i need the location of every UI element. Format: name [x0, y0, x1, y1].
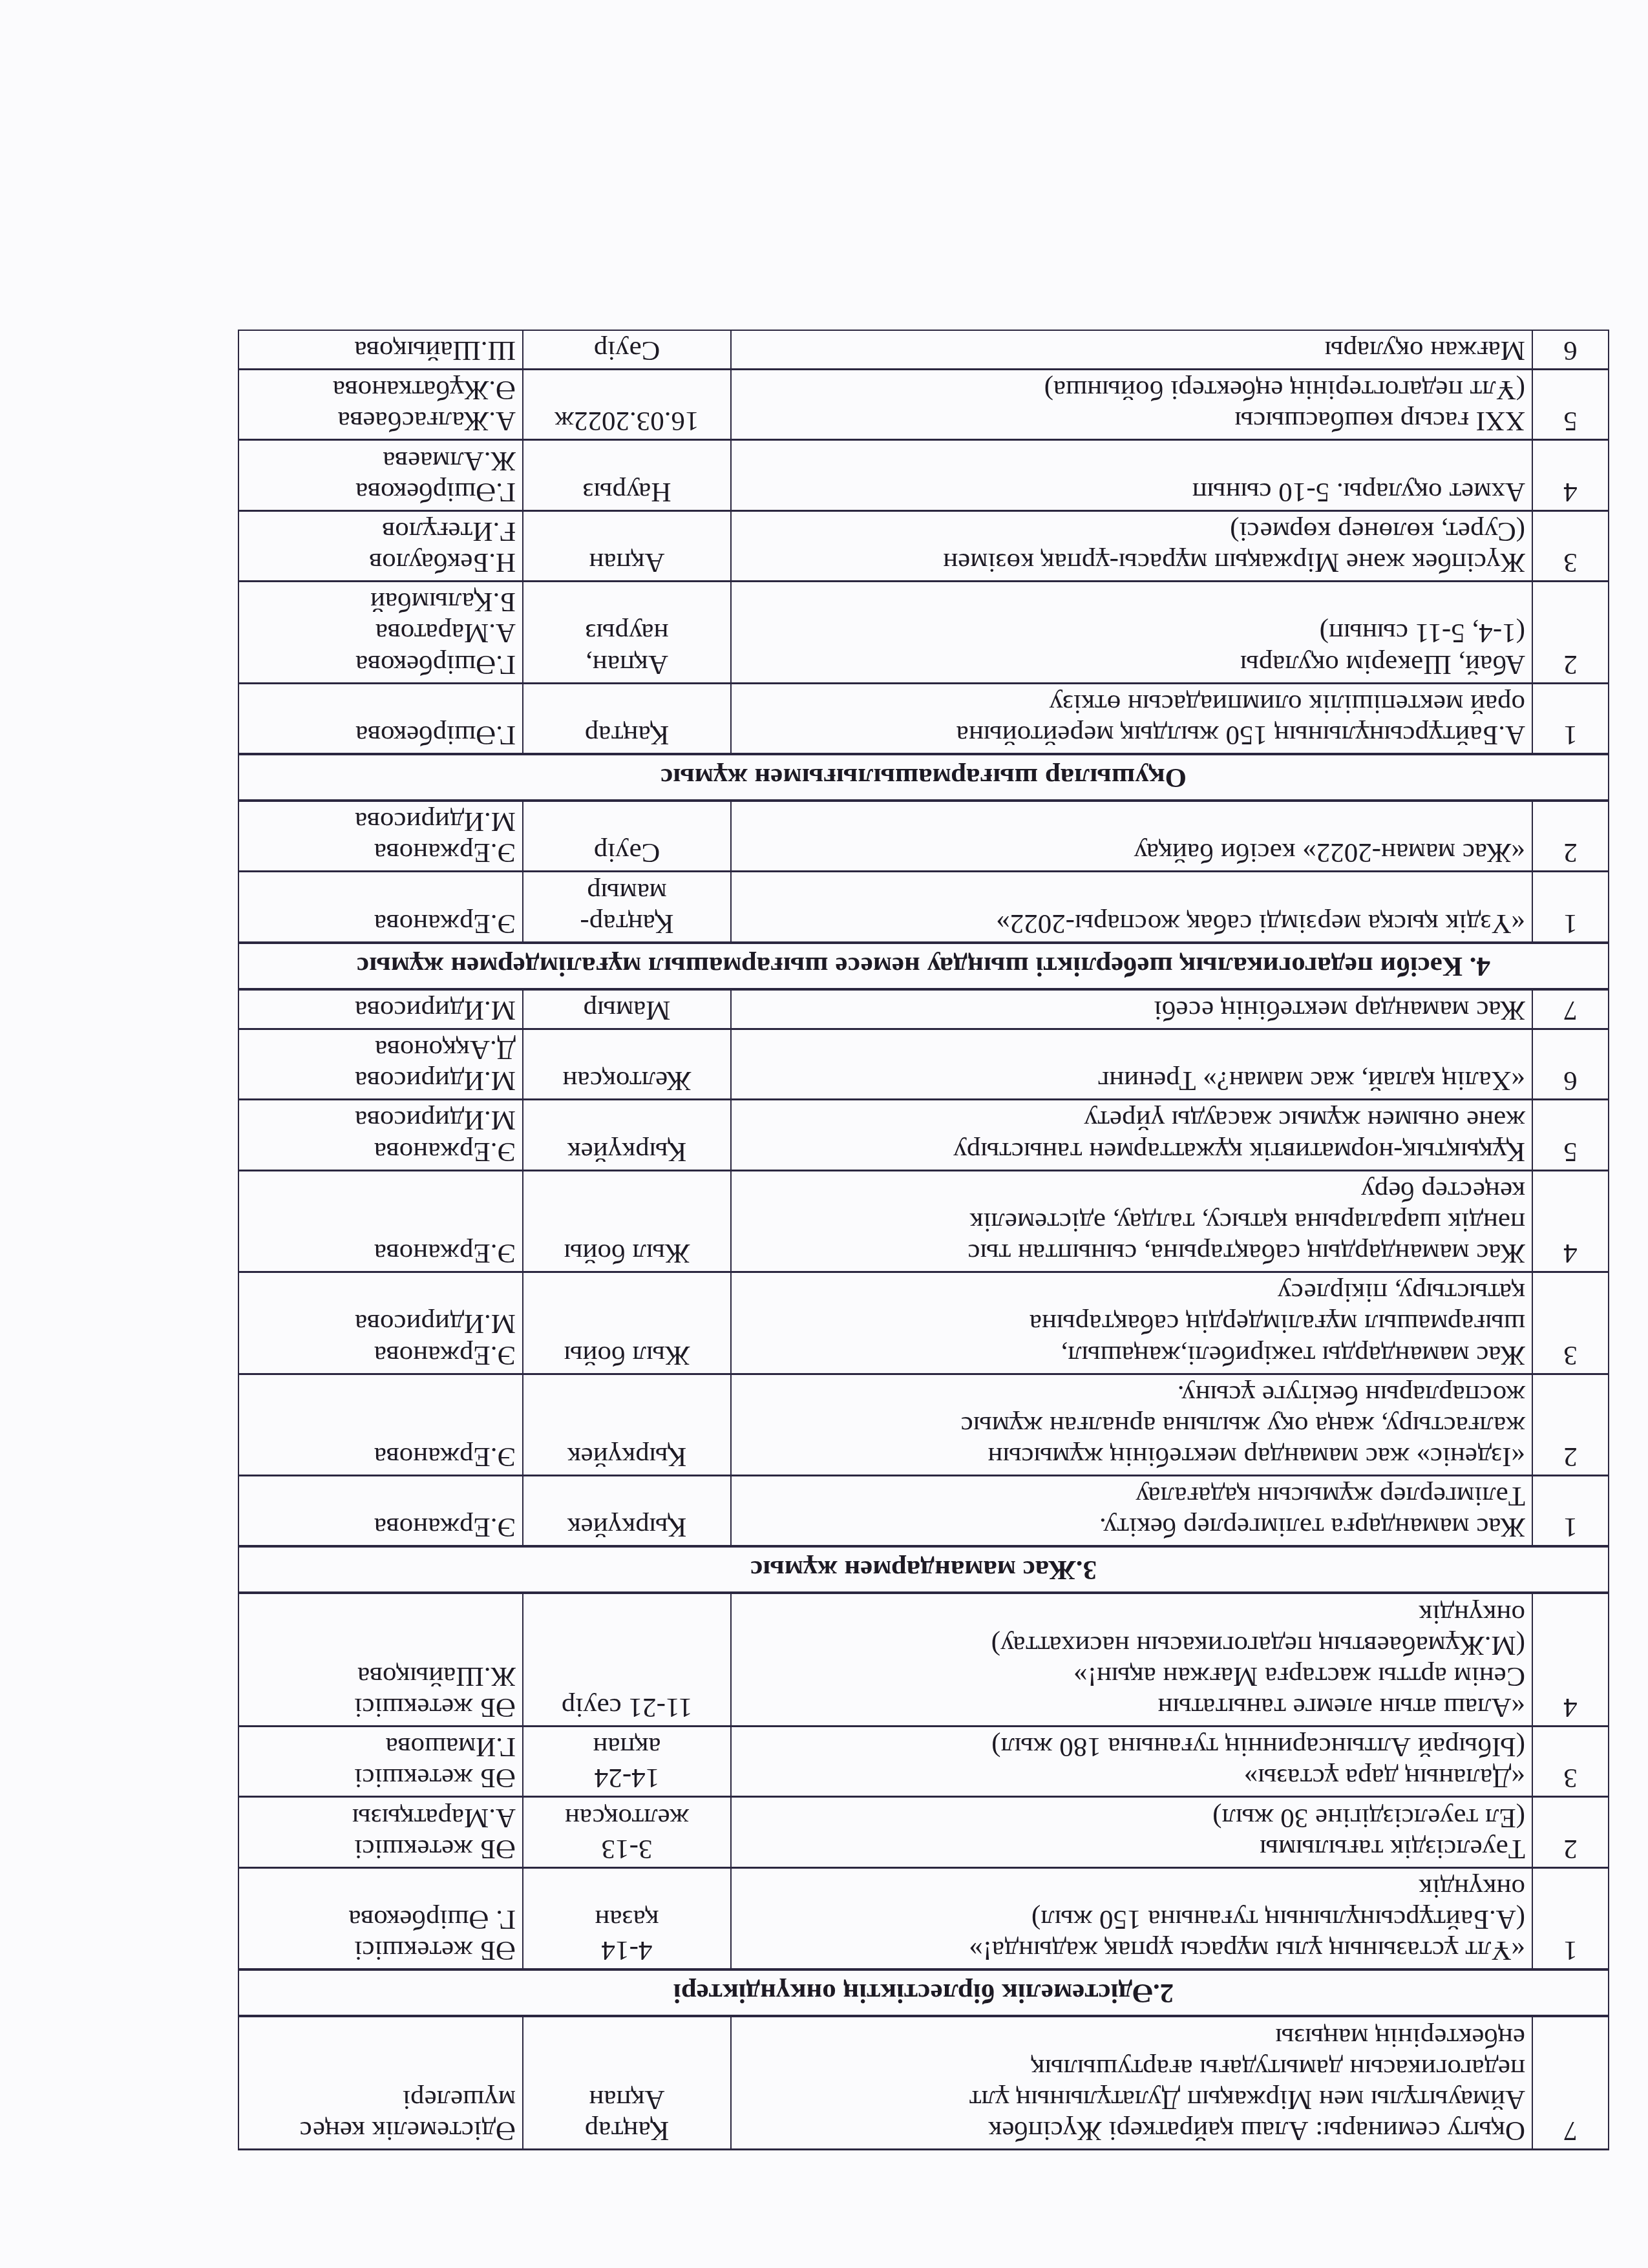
cell-line: Қаңтар: [530, 2115, 724, 2146]
cell-line: Тәлімгерлер жұмысын қадағалау: [738, 1480, 1525, 1511]
event-description: Жүсіпбек және Міржақып мұрасы-ұрпақ көзі…: [731, 510, 1532, 581]
cell-line: қазан: [530, 1904, 724, 1935]
event-description: «Алаш атын әлемге танытатынСенім артты ж…: [731, 1593, 1532, 1727]
event-description: XXI ғасыр көшбасшысы(Ұлт педагогтерінің …: [731, 370, 1532, 440]
table-row: 4Жас мамандардың сабақтарына, сыныптан т…: [238, 1170, 1609, 1272]
cell-line: Н.Бекбаулов: [246, 547, 516, 578]
cell-line: мүшелері: [246, 2084, 516, 2115]
cell-line: Э.Ержанова: [246, 837, 516, 868]
cell-line: Қыркүйек: [530, 1441, 724, 1472]
responsible-persons: М.ИдирисоваД.Аққонова: [238, 1029, 523, 1100]
responsible-persons: Г.ӘшірбековаЖ.Алмаева: [238, 440, 523, 510]
event-date: 3-13желтоқсан: [523, 1797, 731, 1867]
table-row: 5XXI ғасыр көшбасшысы(Ұлт педагогтерінің…: [238, 370, 1609, 440]
cell-line: (Ыбырай Алтынсариннің туғанына 180 жыл): [738, 1731, 1525, 1762]
cell-line: М.Идирисова: [246, 806, 516, 837]
event-date: Қыркүйек: [523, 1100, 731, 1170]
responsible-persons: ӘБ жетекшісіЖ.Шайықова: [238, 1593, 523, 1727]
responsible-persons: А.ЖалғасбаеваӘ.Жұбатканова: [238, 370, 523, 440]
cell-line: А.Жалғасбаева: [246, 405, 516, 436]
row-number: 1: [1532, 683, 1609, 754]
event-date: ҚаңтарАқпан: [523, 2016, 731, 2149]
cell-line: (Ел тәуелсіздігіне 30 жыл): [738, 1801, 1525, 1832]
cell-line: Мағжан оқулары: [738, 335, 1525, 366]
section-header-row: Оқушылар шығармашылығымен жұмыс: [238, 754, 1609, 801]
cell-line: «Халің қалай, жас маман?» Тренинг: [738, 1065, 1525, 1096]
event-date: Жыл бойы: [523, 1170, 731, 1272]
cell-line: онкүндік: [738, 1599, 1525, 1630]
cell-line: Ақпан,: [530, 648, 724, 679]
cell-line: Д.Аққонова: [246, 1034, 516, 1065]
cell-line: Желтоқсан: [530, 1065, 724, 1096]
cell-line: ӘБ жетекшісі: [246, 1692, 516, 1723]
cell-line: жоспарларын бекітуге ұсыну.: [738, 1379, 1525, 1410]
event-date: Мамыр: [523, 989, 731, 1029]
row-number: 6: [1532, 330, 1609, 370]
cell-line: желтоқсан: [530, 1801, 724, 1832]
event-date: 4-14қазан: [523, 1867, 731, 1969]
cell-line: 4-14: [530, 1935, 724, 1966]
row-number: 2: [1532, 801, 1609, 872]
responsible-persons: Әдістемелік кеңесмүшелері: [238, 2016, 523, 2149]
responsible-persons: Э.Ержанова: [238, 872, 523, 943]
cell-line: Қыркүйек: [530, 1135, 724, 1166]
cell-line: наурыз: [530, 617, 724, 648]
plan-table-body: 7Оқыту семинары: Алаш қайраткері Жүсіпбе…: [238, 330, 1609, 2149]
event-description: «Үздік қысқа мерзімді сабақ жоспары-2022…: [731, 872, 1532, 943]
responsible-persons: Г.Әшірбекова: [238, 683, 523, 754]
row-number: 3: [1532, 510, 1609, 581]
event-description: Жас мамандарды тәжірибелі,жаңашыл,шығарм…: [731, 1272, 1532, 1374]
event-description: А.Байтұрсынұлының 150 жылдық мерейтойына…: [731, 683, 1532, 754]
cell-line: 14-24: [530, 1762, 724, 1793]
cell-line: Жас мамандарға тәлімгерлер бекіту.: [738, 1511, 1525, 1542]
cell-line: А.Маратова: [246, 617, 516, 648]
table-row: 7Оқыту семинары: Алаш қайраткері Жүсіпбе…: [238, 2016, 1609, 2149]
table-row: 4Ахмет оқулары. 5-10 сыныпНаурызГ.Әшірбе…: [238, 440, 1609, 510]
cell-line: Сәуір: [530, 335, 724, 366]
table-row: 6Мағжан оқуларыСәуірШ.Шайықова: [238, 330, 1609, 370]
cell-line: Тәуелсіздік тағылымы: [738, 1833, 1525, 1864]
cell-line: және онымен жұмыс жасауды үйрету: [738, 1104, 1525, 1135]
cell-line: Г.Имашова: [246, 1731, 516, 1762]
responsible-persons: ӘБ жетекшісіГ. Әшірбекова: [238, 1867, 523, 1969]
responsible-persons: Э.ЕржановаМ.Идирисова: [238, 1100, 523, 1170]
event-date: Қыркүйек: [523, 1476, 731, 1547]
cell-line: Жас мамандарды тәжірибелі,жаңашыл,: [738, 1339, 1525, 1370]
plan-table: 7Оқыту семинары: Алаш қайраткері Жүсіпбе…: [238, 330, 1609, 2150]
cell-line: Жүсіпбек және Міржақып мұрасы-ұрпақ көзі…: [738, 547, 1525, 578]
cell-line: мамыр: [530, 876, 724, 907]
table-row: 1«Үздік қысқа мерзімді сабақ жоспары-202…: [238, 872, 1609, 943]
cell-line: Жас мамандардың сабақтарына, сыныптан ты…: [738, 1237, 1525, 1268]
cell-line: М.Идирисова: [246, 1308, 516, 1339]
cell-line: Г. Әшірбекова: [246, 1904, 516, 1935]
cell-line: орай мектепішілік олимпиадасын өткізу: [738, 688, 1525, 719]
cell-line: Әдістемелік кеңес: [246, 2115, 516, 2146]
row-number: 5: [1532, 370, 1609, 440]
cell-line: қатыстыру, пікірлесу: [738, 1277, 1525, 1308]
table-row: 2Тәуелсіздік тағылымы(Ел тәуелсіздігіне …: [238, 1797, 1609, 1867]
cell-line: XXI ғасыр көшбасшысы: [738, 405, 1525, 436]
section-header-row: 3.Жас мамандармен жұмыс: [238, 1546, 1609, 1593]
row-number: 1: [1532, 872, 1609, 943]
table-row: 1А.Байтұрсынұлының 150 жылдық мерейтойын…: [238, 683, 1609, 754]
table-row: 2Абай, Шәкәрім оқулары(1-4, 5-11 сынып)А…: [238, 582, 1609, 683]
responsible-persons: Г.ӘшірбековаА.МаратоваБ.Қалымбай: [238, 582, 523, 683]
row-number: 2: [1532, 582, 1609, 683]
scanned-page-rotated: 7Оқыту семинары: Алаш қайраткері Жүсіпбе…: [0, 0, 1648, 2268]
cell-line: Сенім артты жастарға Мағжан ақын!»: [738, 1661, 1525, 1692]
cell-line: Жас мамандар мектебінің есебі: [738, 994, 1525, 1025]
cell-line: А.Маратқызы: [246, 1801, 516, 1832]
cell-line: Э.Ержанова: [246, 1441, 516, 1472]
table-row: 5Құқықтық-нормативтік құжаттармен таныст…: [238, 1100, 1609, 1170]
cell-line: Жыл бойы: [530, 1237, 724, 1268]
responsible-persons: М.Идирисова: [238, 989, 523, 1029]
section-header-row: 2.Әдістемелік бірлестіктің онкүндіктері: [238, 1969, 1609, 2016]
cell-line: Э.Ержанова: [246, 1237, 516, 1268]
responsible-persons: Э.ЕржановаМ.Идирисова: [238, 801, 523, 872]
cell-line: Э.Ержанова: [246, 1339, 516, 1370]
cell-line: Ә.Жұбатканова: [246, 374, 516, 405]
cell-line: М.Идирисова: [246, 994, 516, 1025]
row-number: 2: [1532, 1374, 1609, 1475]
cell-line: Жыл бойы: [530, 1339, 724, 1370]
cell-line: Ақпан: [530, 547, 724, 578]
cell-line: жалғастыру, жаңа оқу жылына арналған жұм…: [738, 1410, 1525, 1441]
cell-line: Аймауытұлы мен Міржақып Дулатұлының ұлт: [738, 2084, 1525, 2115]
cell-line: (Сурет, көлөнер көрмесі): [738, 516, 1525, 547]
event-date: Сәуір: [523, 330, 731, 370]
table-row: 1«Ұлт ұстазының ұлы мұрасы ұрпақ жадында…: [238, 1867, 1609, 1969]
event-description: Құқықтық-нормативтік құжаттармен танысты…: [731, 1100, 1532, 1170]
cell-line: кеңестер беру: [738, 1175, 1525, 1206]
table-row: 1Жас мамандарға тәлімгерлер бекіту.Тәлім…: [238, 1476, 1609, 1547]
cell-line: Ж.Шайықова: [246, 1661, 516, 1692]
responsible-persons: ӘБ жетекшісіА.Маратқызы: [238, 1797, 523, 1867]
cell-line: М.Идирисова: [246, 1104, 516, 1135]
responsible-persons: Э.Ержанова: [238, 1374, 523, 1475]
cell-line: шығармашыл мұғалімдердің сабақтарына: [738, 1308, 1525, 1339]
event-date: 11-21 сәуір: [523, 1593, 731, 1727]
cell-line: Ж.Алмаева: [246, 445, 516, 476]
responsible-persons: Э.ЕржановаМ.Идирисова: [238, 1272, 523, 1374]
row-number: 3: [1532, 1727, 1609, 1797]
responsible-persons: Ш.Шайықова: [238, 330, 523, 370]
event-date: Сәуір: [523, 801, 731, 872]
responsible-persons: ӘБ жетекшісіГ.Имашова: [238, 1727, 523, 1797]
event-description: «Жас маман-2022» кәсіби байқау: [731, 801, 1532, 872]
event-date: 16.03.2022ж: [523, 370, 731, 440]
event-description: Жас мамандар мектебінің есебі: [731, 989, 1532, 1029]
cell-line: Ахмет оқулары. 5-10 сынып: [738, 476, 1525, 507]
row-number: 7: [1532, 2016, 1609, 2149]
cell-line: Құқықтық-нормативтік құжаттармен танысты…: [738, 1135, 1525, 1166]
row-number: 4: [1532, 1170, 1609, 1272]
cell-line: Оқыту семинары: Алаш қайраткері Жүсіпбек: [738, 2115, 1525, 2146]
cell-line: Ғ.Итеғұлов: [246, 516, 516, 547]
cell-line: педагогикасын дамытудағы ағартушылық: [738, 2053, 1525, 2084]
event-date: Қаңтар: [523, 683, 731, 754]
cell-line: Қаңтар: [530, 719, 724, 750]
cell-line: онкүндік: [738, 1873, 1525, 1904]
section-title: 2.Әдістемелік бірлестіктің онкүндіктері: [238, 1969, 1609, 2016]
cell-line: «Үздік қысқа мерзімді сабақ жоспары-2022…: [738, 908, 1525, 939]
cell-line: «Ізденіс» жас мамандар мектебінің жұмысы…: [738, 1441, 1525, 1472]
event-date: Қыркүйек: [523, 1374, 731, 1475]
event-date: Желтоқсан: [523, 1029, 731, 1100]
cell-line: еңбектерінің маңызы: [738, 2021, 1525, 2052]
responsible-persons: Э.Ержанова: [238, 1476, 523, 1547]
event-description: «Ұлт ұстазының ұлы мұрасы ұрпақ жадында!…: [731, 1867, 1532, 1969]
cell-line: Э.Ержанова: [246, 1135, 516, 1166]
cell-line: 16.03.2022ж: [530, 405, 724, 436]
responsible-persons: Э.Ержанова: [238, 1170, 523, 1272]
cell-line: ӘБ жетекшісі: [246, 1935, 516, 1966]
table-row: 7Жас мамандар мектебінің есебіМамырМ.Иди…: [238, 989, 1609, 1029]
event-date: Ақпан: [523, 510, 731, 581]
cell-line: Э.Ержанова: [246, 1511, 516, 1542]
row-number: 7: [1532, 989, 1609, 1029]
cell-line: Э.Ержанова: [246, 908, 516, 939]
responsible-persons: Н.БекбауловҒ.Итеғұлов: [238, 510, 523, 581]
cell-line: «Алаш атын әлемге танытатын: [738, 1692, 1525, 1723]
table-row: 4«Алаш атын әлемге танытатынСенім артты …: [238, 1593, 1609, 1727]
cell-line: М.Идирисова: [246, 1065, 516, 1096]
cell-line: Г.Әшірбекова: [246, 719, 516, 750]
event-date: Қаңтар-мамыр: [523, 872, 731, 943]
event-description: Жас мамандарға тәлімгерлер бекіту.Тәлімг…: [731, 1476, 1532, 1547]
section-title: 4. Кәсіби педагогикалық шеберлікті шыңда…: [238, 943, 1609, 989]
cell-line: Ш.Шайықова: [246, 335, 516, 366]
row-number: 1: [1532, 1867, 1609, 1969]
section-header-row: 4. Кәсіби педагогикалық шеберлікті шыңда…: [238, 943, 1609, 989]
row-number: 2: [1532, 1797, 1609, 1867]
cell-line: Наурыз: [530, 476, 724, 507]
table-row: 3Жүсіпбек және Міржақып мұрасы-ұрпақ көз…: [238, 510, 1609, 581]
cell-line: Сәуір: [530, 837, 724, 868]
cell-line: Абай, Шәкәрім оқулары: [738, 648, 1525, 679]
row-number: 6: [1532, 1029, 1609, 1100]
cell-line: А.Байтұрсынұлының 150 жылдық мерейтойына: [738, 719, 1525, 750]
cell-line: (Ұлт педагогтерінің еңбектері бойынша): [738, 374, 1525, 405]
table-row: 3«Даланың дара ұстазы»(Ыбырай Алтынсарин…: [238, 1727, 1609, 1797]
event-date: Наурыз: [523, 440, 731, 510]
row-number: 5: [1532, 1100, 1609, 1170]
event-description: «Ізденіс» жас мамандар мектебінің жұмысы…: [731, 1374, 1532, 1475]
event-description: Тәуелсіздік тағылымы(Ел тәуелсіздігіне 3…: [731, 1797, 1532, 1867]
cell-line: «Ұлт ұстазының ұлы мұрасы ұрпақ жадында!…: [738, 1935, 1525, 1966]
row-number: 3: [1532, 1272, 1609, 1374]
cell-line: Қаңтар-: [530, 908, 724, 939]
cell-line: Ақпан: [530, 2084, 724, 2115]
event-description: Оқыту семинары: Алаш қайраткері Жүсіпбек…: [731, 2016, 1532, 2149]
cell-line: пәндік шараларына қатысу, талдау, әдісте…: [738, 1206, 1525, 1237]
cell-line: Б.Қалымбай: [246, 586, 516, 617]
event-description: Ахмет оқулары. 5-10 сынып: [731, 440, 1532, 510]
cell-line: Г.Әшірбекова: [246, 648, 516, 679]
cell-line: «Даланың дара ұстазы»: [738, 1762, 1525, 1793]
event-description: «Халің қалай, жас маман?» Тренинг: [731, 1029, 1532, 1100]
cell-line: ӘБ жетекшісі: [246, 1762, 516, 1793]
cell-line: (А.Байтұрсынұлының туғанына 150 жыл): [738, 1904, 1525, 1935]
section-title: 3.Жас мамандармен жұмыс: [238, 1546, 1609, 1593]
table-row: 6«Халің қалай, жас маман?» ТренингЖелтоқ…: [238, 1029, 1609, 1100]
cell-line: «Жас маман-2022» кәсіби байқау: [738, 837, 1525, 868]
table-row: 3Жас мамандарды тәжірибелі,жаңашыл,шығар…: [238, 1272, 1609, 1374]
event-description: «Даланың дара ұстазы»(Ыбырай Алтынсаринн…: [731, 1727, 1532, 1797]
cell-line: (М.Жұмабаевтың педагогикасын насихаттау): [738, 1630, 1525, 1661]
cell-line: Г.Әшірбекова: [246, 476, 516, 507]
event-description: Мағжан оқулары: [731, 330, 1532, 370]
cell-line: Қыркүйек: [530, 1511, 724, 1542]
cell-line: ӘБ жетекшісі: [246, 1833, 516, 1864]
event-date: Жыл бойы: [523, 1272, 731, 1374]
cell-line: Мамыр: [530, 994, 724, 1025]
event-date: Ақпан,наурыз: [523, 582, 731, 683]
cell-line: 11-21 сәуір: [530, 1692, 724, 1723]
row-number: 4: [1532, 1593, 1609, 1727]
cell-line: (1-4, 5-11 сынып): [738, 617, 1525, 648]
event-date: 14-24ақпан: [523, 1727, 731, 1797]
table-row: 2«Ізденіс» жас мамандар мектебінің жұмыс…: [238, 1374, 1609, 1475]
row-number: 1: [1532, 1476, 1609, 1547]
section-title: Оқушылар шығармашылығымен жұмыс: [238, 754, 1609, 801]
row-number: 4: [1532, 440, 1609, 510]
table-row: 2«Жас маман-2022» кәсіби байқауСәуірЭ.Ер…: [238, 801, 1609, 872]
cell-line: ақпан: [530, 1731, 724, 1762]
event-description: Абай, Шәкәрім оқулары(1-4, 5-11 сынып): [731, 582, 1532, 683]
event-description: Жас мамандардың сабақтарына, сыныптан ты…: [731, 1170, 1532, 1272]
cell-line: 3-13: [530, 1833, 724, 1864]
